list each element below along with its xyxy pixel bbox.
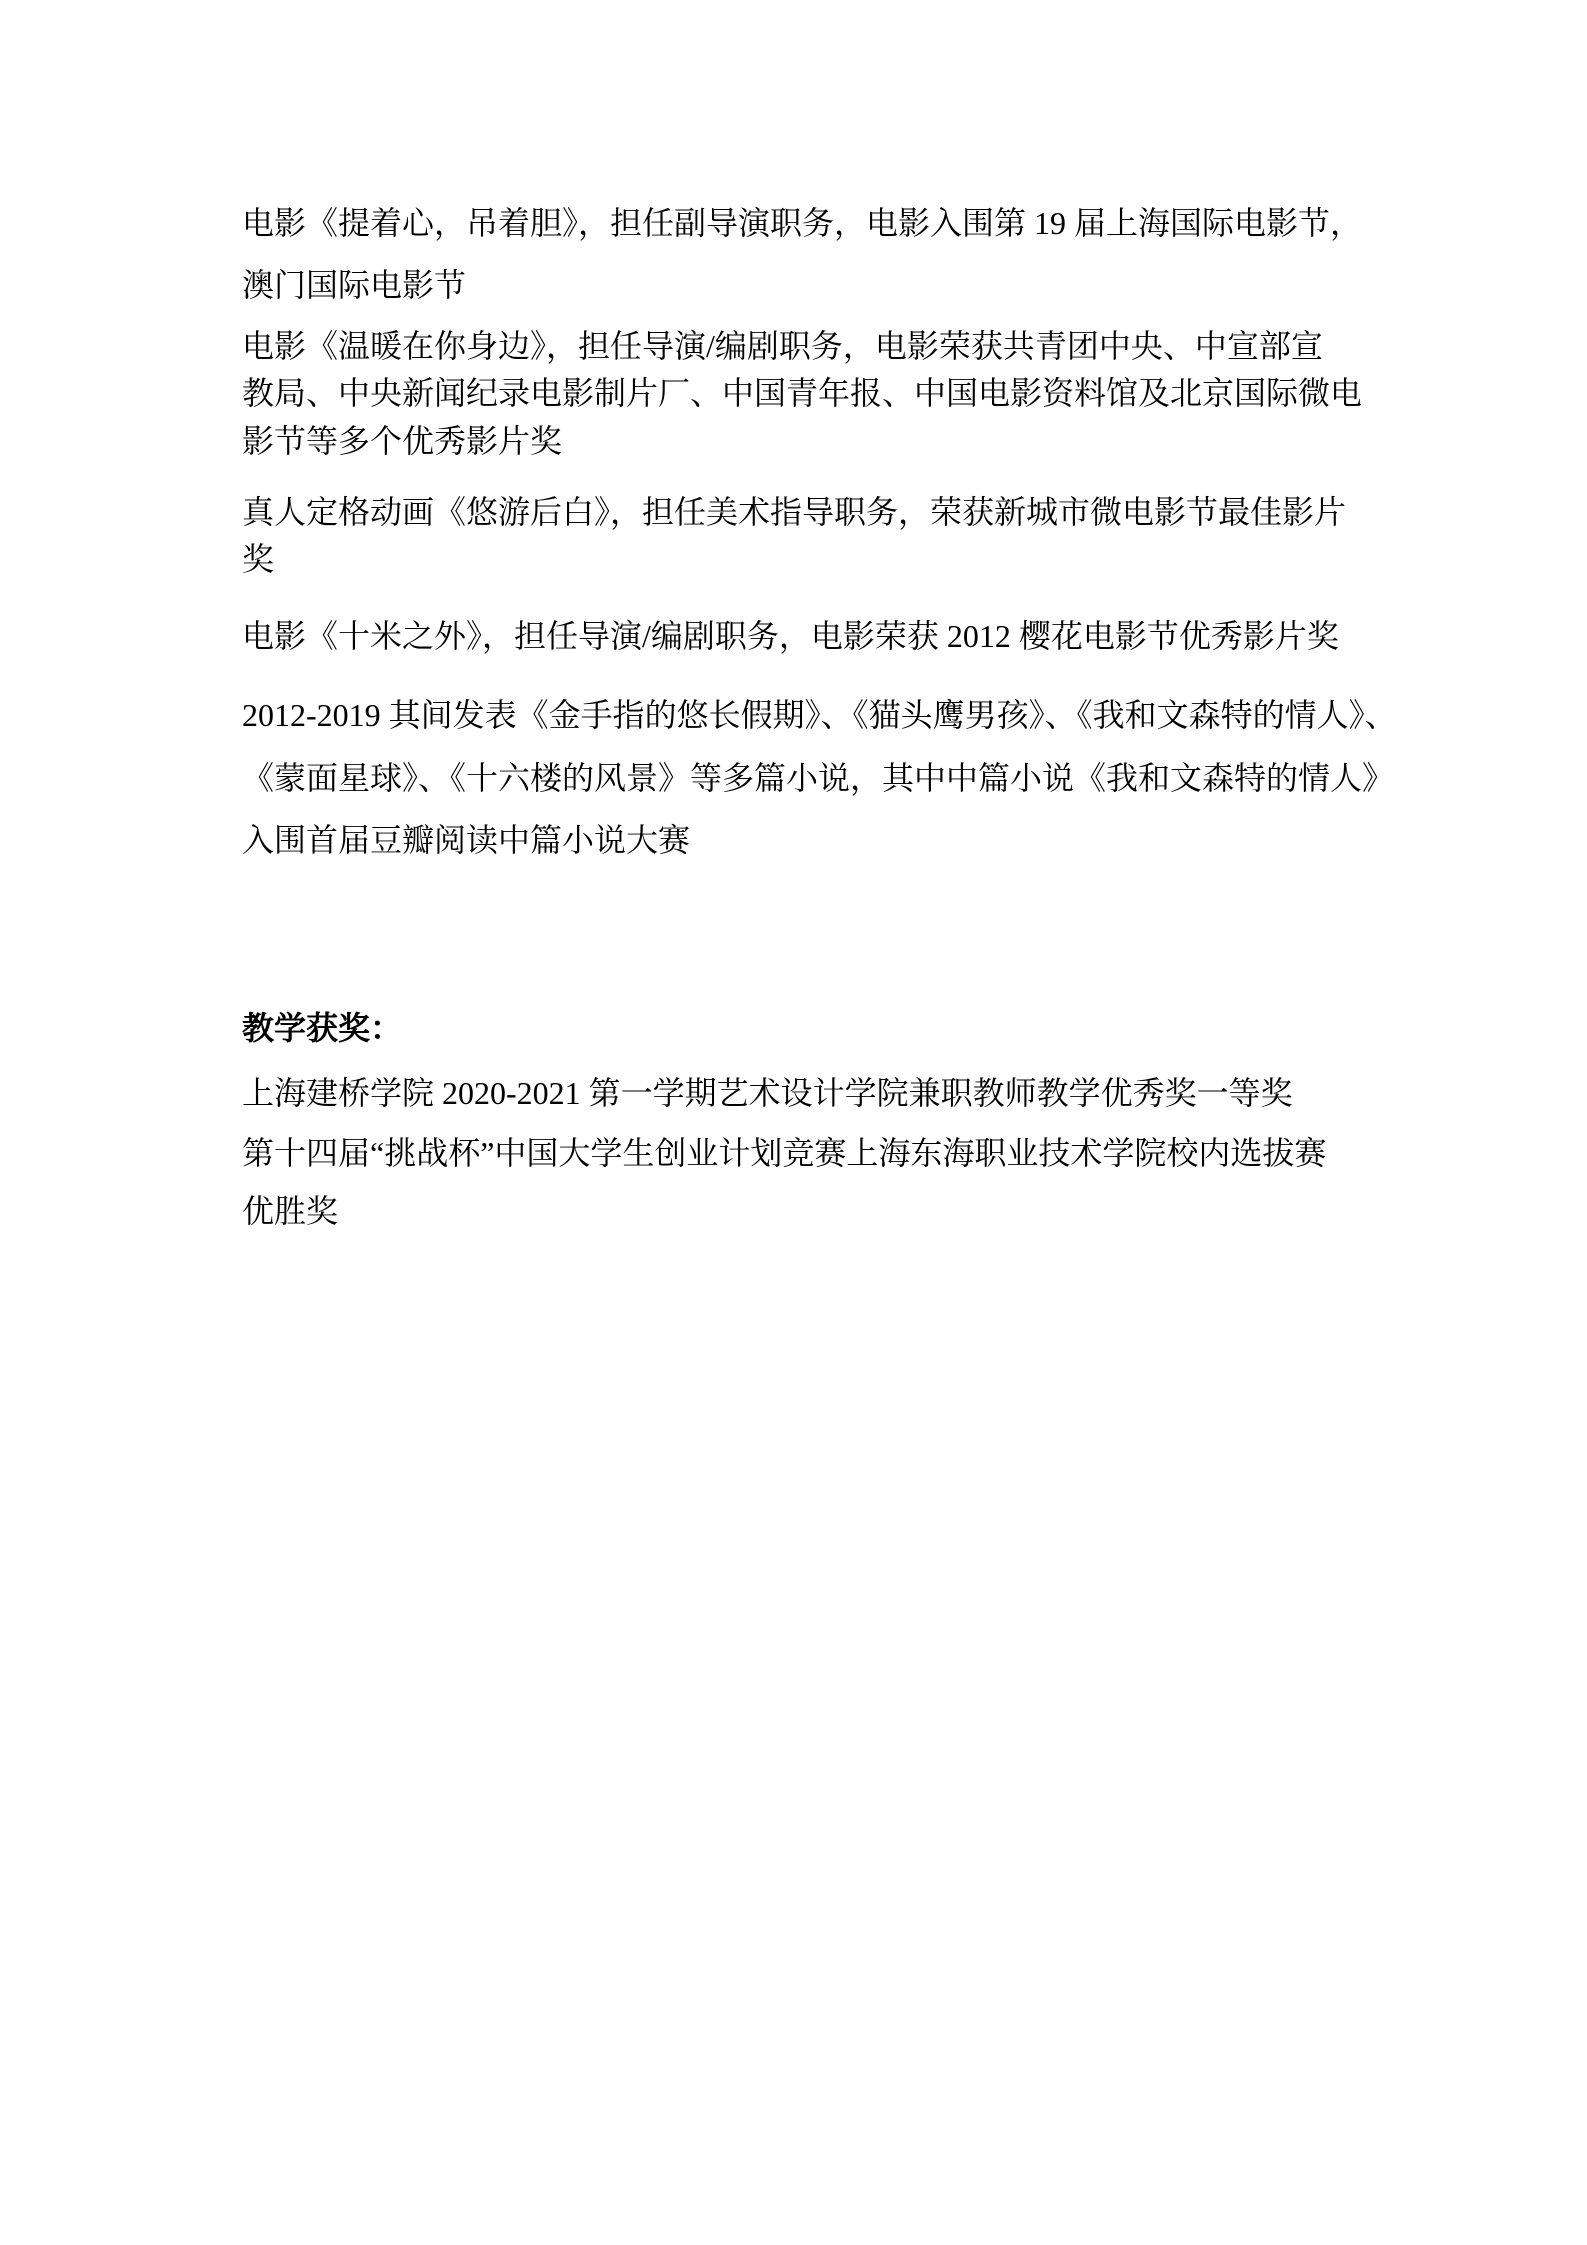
text-line: 《蒙面星球》、《十六楼的风景》等多篇小说，其中中篇小说《我和文森特的情人》 — [242, 762, 1394, 794]
text-line: 教局、中央新闻纪录电影制片厂、中国青年报、中国电影资料馆及北京国际微电 — [242, 377, 1362, 409]
text-line: 上海建桥学院 2020-2021 第一学期艺术设计学院兼职教师教学优秀奖一等奖 — [242, 1077, 1293, 1109]
text-line: 2012-2019 其间发表《金手指的悠长假期》、《猫头鹰男孩》、《我和文森特的… — [242, 699, 1397, 731]
section-heading-teaching-awards: 教学获奖： — [242, 1012, 402, 1044]
text-line: 入围首届豆瓣阅读中篇小说大赛 — [242, 824, 690, 856]
document-page: 电影《提着心，吊着胆》，担任副导演职务，电影入围第 19 届上海国际电影节， 澳… — [0, 0, 1587, 2245]
text-line: 影节等多个优秀影片奖 — [242, 425, 562, 457]
text-line: 奖 — [242, 543, 274, 575]
text-line: 澳门国际电影节 — [242, 269, 466, 301]
text-line: 优胜奖 — [242, 1195, 338, 1227]
text-line: 电影《温暖在你身边》，担任导演/编剧职务，电影荣获共青团中央、中宣部宣 — [242, 330, 1323, 362]
text-line: 电影《十米之外》，担任导演/编剧职务，电影荣获 2012 樱花电影节优秀影片奖 — [242, 620, 1339, 652]
text-line: 真人定格动画《悠游后白》，担任美术指导职务，荣获新城市微电影节最佳影片 — [242, 496, 1346, 528]
text-line: 电影《提着心，吊着胆》，担任副导演职务，电影入围第 19 届上海国际电影节， — [242, 207, 1362, 239]
text-line: 第十四届“挑战杯”中国大学生创业计划竞赛上海东海职业技术学院校内选拔赛 — [242, 1137, 1326, 1169]
